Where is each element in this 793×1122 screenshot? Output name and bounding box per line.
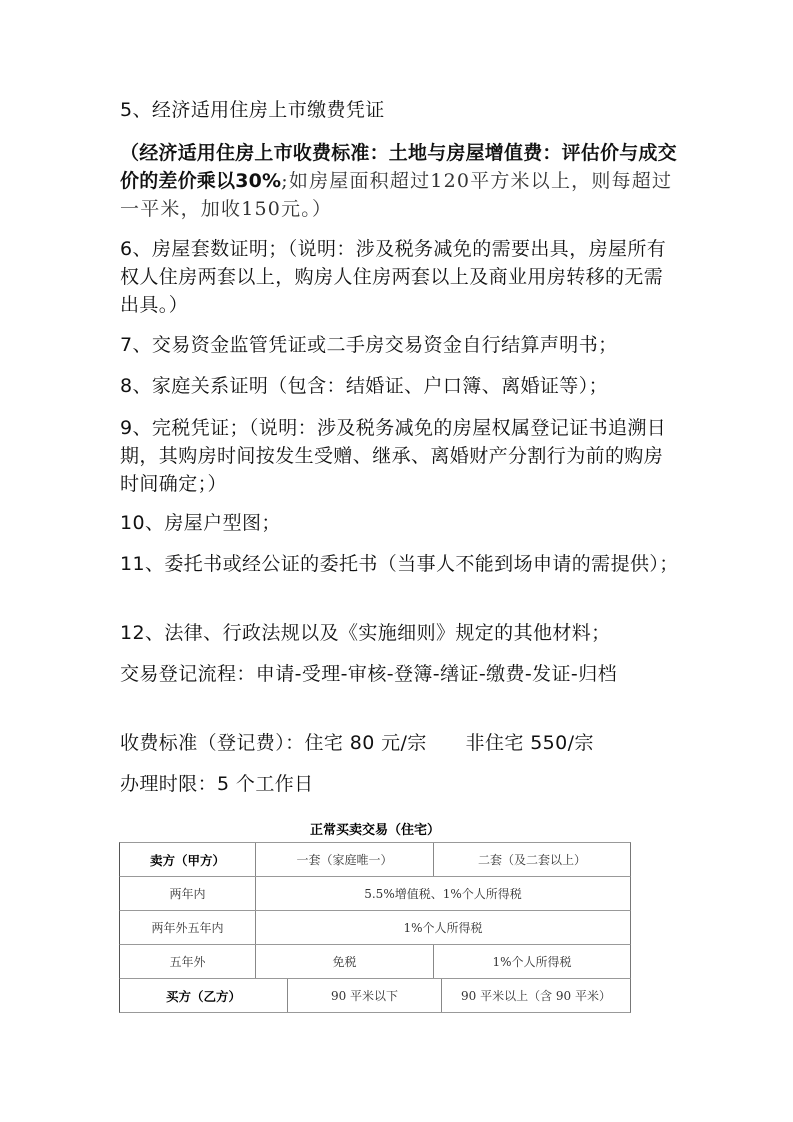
item-10-floor-plan: 10、房屋户型图； — [120, 509, 680, 537]
buyer-header-cell: 买方（乙方） — [120, 979, 287, 1012]
item-12-other-materials: 12、法律、行政法规以及《实施细则》规定的其他材料； — [120, 619, 680, 647]
table-row-seller-header: 卖方（甲方） 一套（家庭唯一） 二套（及二套以上） — [119, 842, 631, 876]
two-houses-header-cell: 二套（及二套以上） — [433, 843, 630, 876]
item-9-tax-payment-voucher: 9、完税凭证；（说明：涉及税务减免的房屋权属登记证书追溯日期，其购房时间按发生受… — [120, 414, 680, 498]
two-houses-tax-cell: 1%个人所得税 — [433, 945, 630, 978]
tax-table: 卖方（甲方） 一套（家庭唯一） 二套（及二套以上） 两年内 5.5%增值税、1%… — [119, 842, 631, 1013]
item-7-fund-supervision-voucher: 7、交易资金监管凭证或二手房交易资金自行结算声明书； — [120, 331, 680, 359]
processing-time-limit: 办理时限：5 个工作日 — [120, 770, 680, 798]
table-row-buyer-header: 买方（乙方） 90 平米以下 90 平米以上（含 90 平米） — [119, 978, 631, 1013]
one-house-tax-cell: 免税 — [255, 945, 433, 978]
table-row-over-five-years: 五年外 免税 1%个人所得税 — [119, 944, 631, 978]
table-row-two-to-five-years: 两年外五年内 1%个人所得税 — [119, 910, 631, 944]
table-row-within-two-years: 两年内 5.5%增值税、1%个人所得税 — [119, 876, 631, 910]
registration-fee-standard: 收费标准（登记费）：住宅 80 元/宗 非住宅 550/宗 — [120, 729, 680, 757]
period-cell: 五年外 — [120, 945, 255, 978]
table-title: 正常买卖交易（住宅） — [119, 819, 631, 838]
document-page: 5、经济适用住房上市缴费凭证 （经济适用住房上市收费标准：土地与房屋增值费：评估… — [0, 0, 793, 1122]
tax-cell: 5.5%增值税、1%个人所得税 — [255, 877, 630, 910]
item-5-payment-voucher: 5、经济适用住房上市缴费凭证 — [120, 96, 680, 124]
registration-process: 交易登记流程：申请-受理-审核-登簿-缮证-缴费-发证-归档 — [120, 660, 680, 688]
item-11-power-of-attorney: 11、委托书或经公证的委托书（当事人不能到场申请的需提供）； — [120, 550, 680, 578]
item-6-house-count-certificate: 6、房屋套数证明；（说明：涉及税务减免的需要出具，房屋所有权人住房两套以上，购房… — [120, 235, 680, 319]
over-90sqm-cell: 90 平米以上（含 90 平米） — [441, 979, 630, 1012]
period-cell: 两年内 — [120, 877, 255, 910]
one-house-header-cell: 一套（家庭唯一） — [255, 843, 433, 876]
period-cell: 两年外五年内 — [120, 911, 255, 944]
seller-header-cell: 卖方（甲方） — [120, 843, 255, 876]
item-5-fee-standard-note: （经济适用住房上市收费标准：土地与房屋增值费：评估价与成交价的差价乘以30%;如… — [120, 139, 680, 223]
under-90sqm-cell: 90 平米以下 — [287, 979, 441, 1012]
tax-cell: 1%个人所得税 — [255, 911, 630, 944]
item-8-family-relation-proof: 8、家庭关系证明（包含：结婚证、户口簿、离婚证等）； — [120, 372, 680, 400]
